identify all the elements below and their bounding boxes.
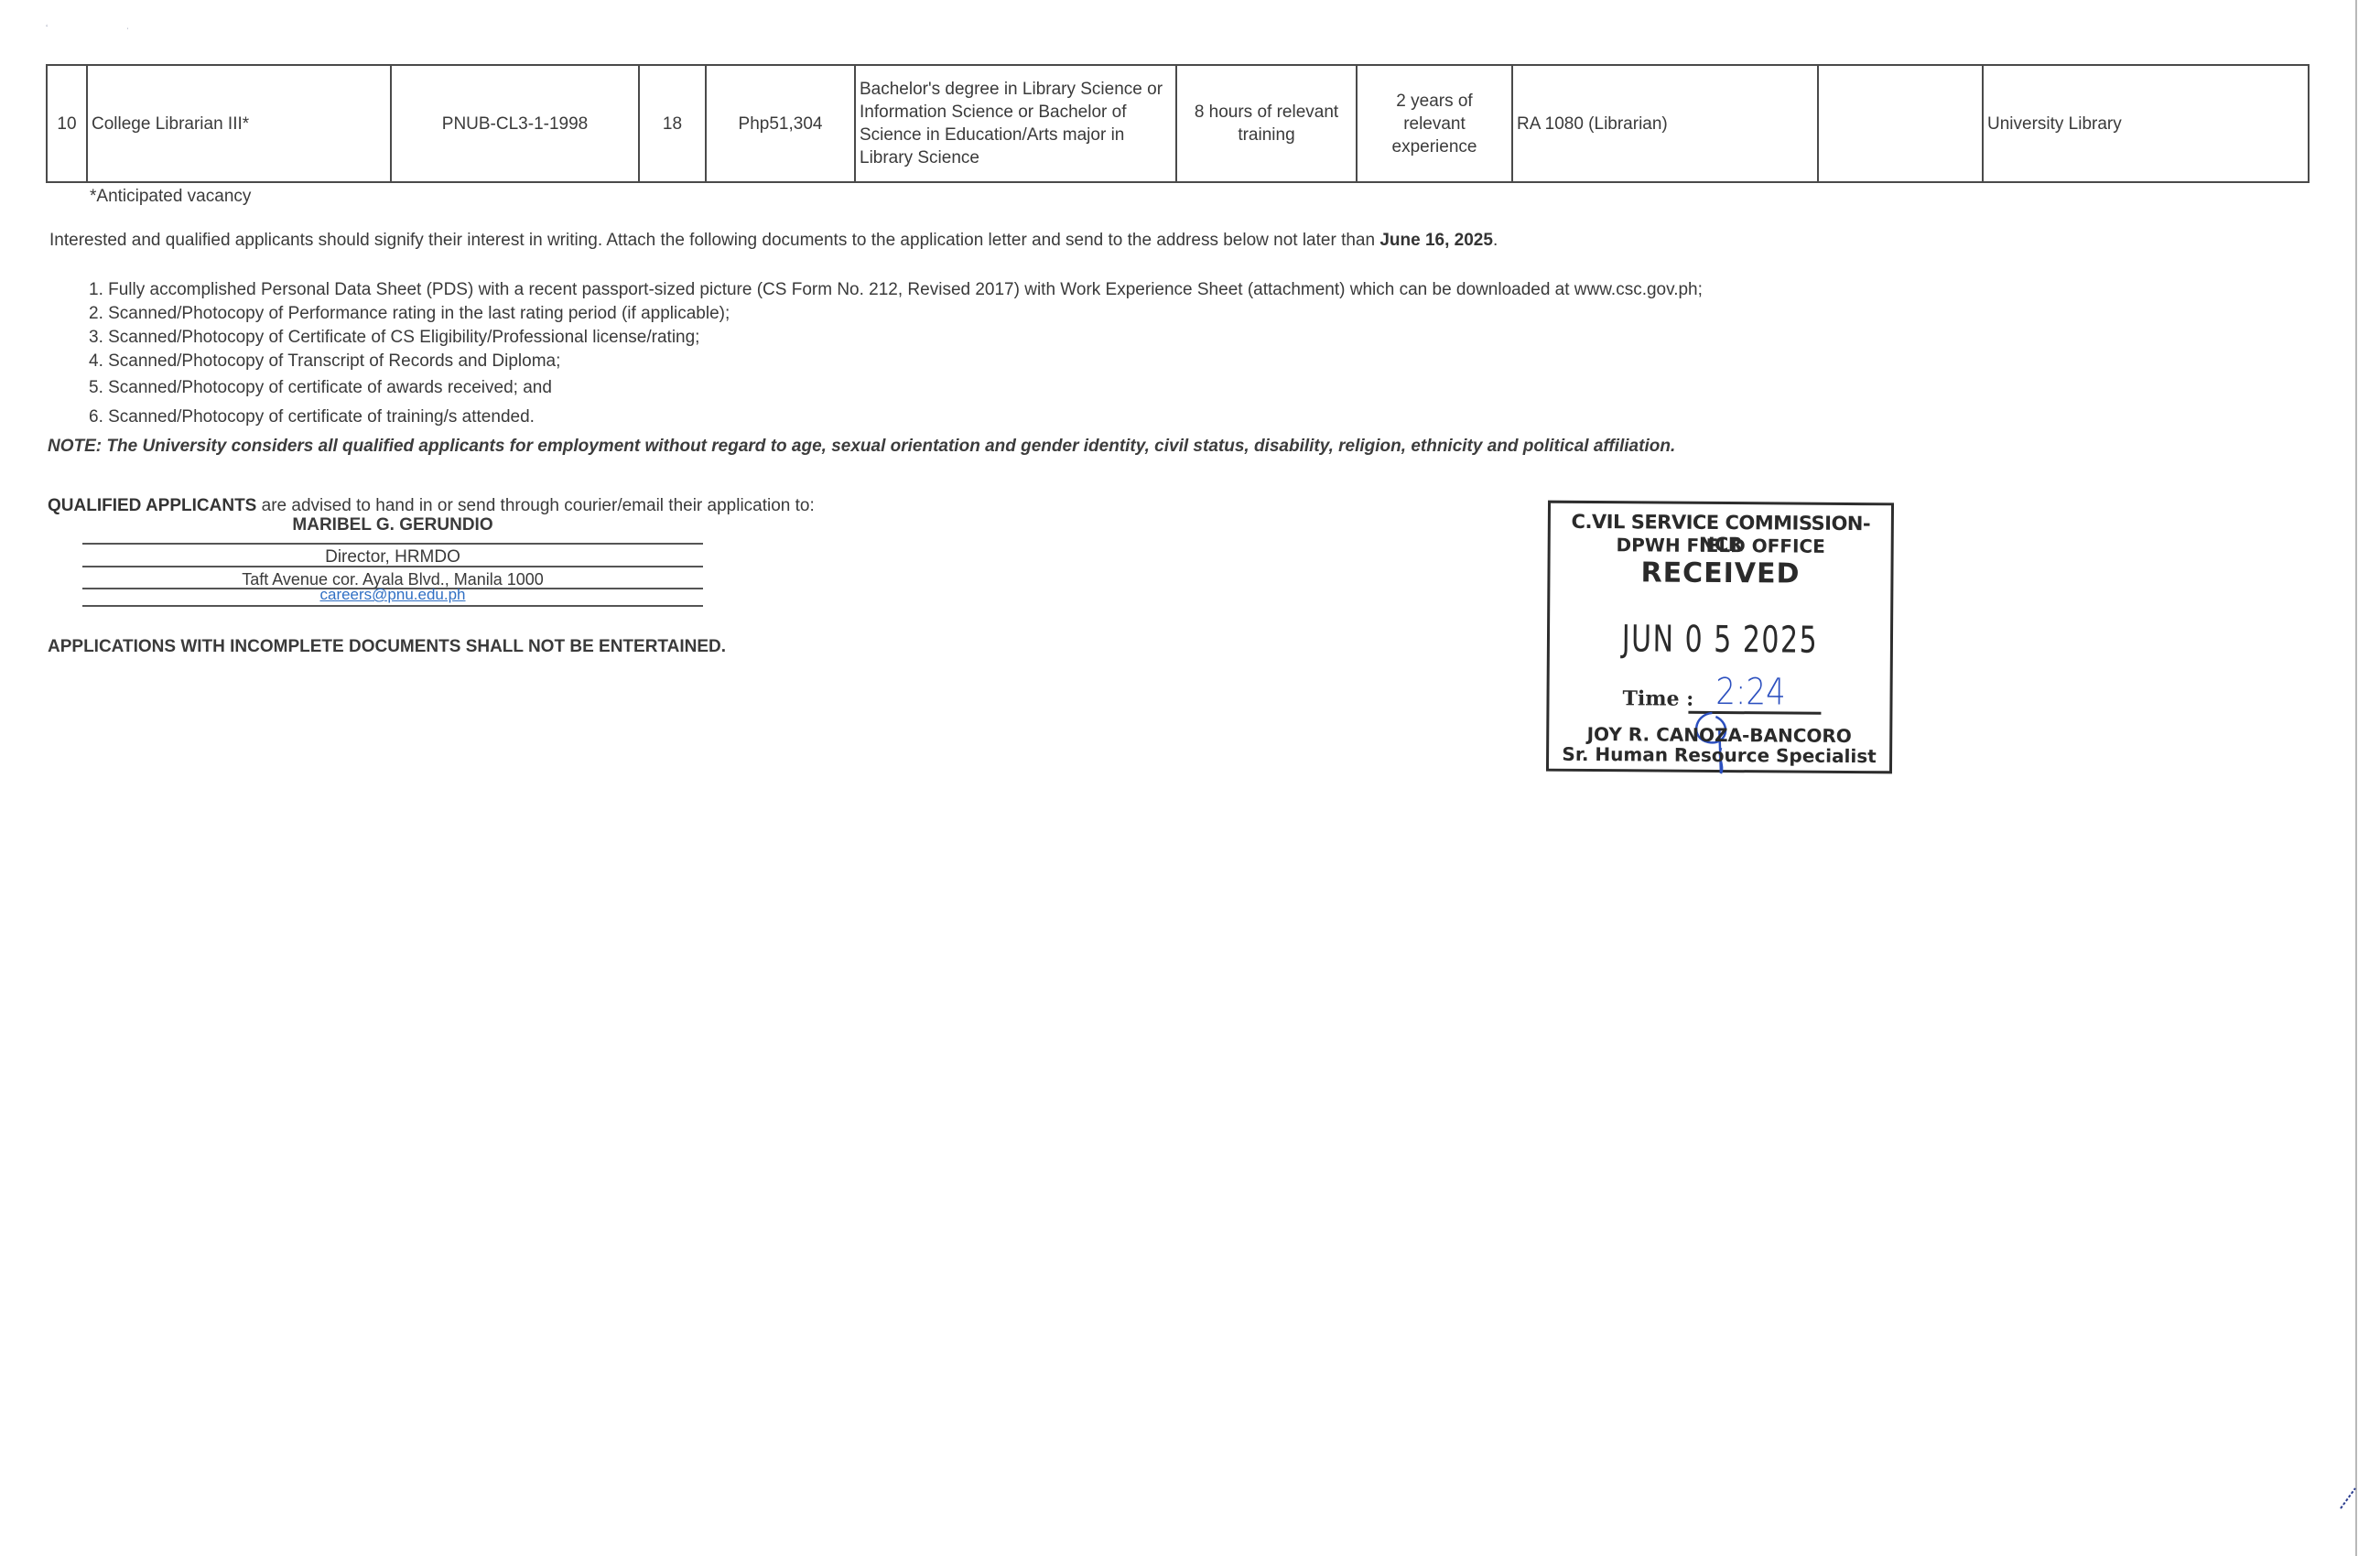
stamp-received: RECEIVED (1550, 556, 1890, 591)
intro-paragraph: Interested and qualified applicants shou… (49, 231, 1498, 251)
qualified-text: are advised to hand in or send through c… (256, 496, 814, 515)
cell-eligibility: RA 1080 (Librarian) (1512, 65, 1818, 182)
divider (82, 605, 703, 607)
cell-plantilla-item: PNUB-CL3-1-1998 (391, 65, 639, 182)
list-item: 5. Scanned/Photocopy of certificate of a… (89, 376, 1703, 400)
cell-education: Bachelor's degree in Library Science or … (855, 65, 1176, 182)
cell-competency (1818, 65, 1983, 182)
stamp-time-label: Time : (1622, 686, 1693, 711)
page-edge (2355, 0, 2357, 1556)
incomplete-documents-warning: APPLICATIONS WITH INCOMPLETE DOCUMENTS S… (48, 637, 726, 657)
deadline: June 16, 2025 (1379, 231, 1493, 250)
pen-mark-icon (2339, 1485, 2359, 1512)
contact-name: MARIBEL G. GERUNDIO (82, 515, 703, 535)
requirements-list: 1. Fully accomplished Personal Data Shee… (89, 278, 1703, 429)
list-item: 2. Scanned/Photocopy of Performance rati… (89, 302, 1703, 326)
stamp-officer-position: Sr. Human Resource Specialist (1549, 743, 1889, 768)
cell-place-of-assignment: University Library (1983, 65, 2309, 182)
qualified-applicants-paragraph: QUALIFIED APPLICANTS are advised to hand… (48, 496, 815, 516)
vacancy-table: 10 College Librarian III* PNUB-CL3-1-199… (46, 64, 2310, 183)
cell-monthly-salary: Php51,304 (706, 65, 855, 182)
equal-opportunity-note: NOTE: The University considers all quali… (48, 437, 1675, 457)
cell-salary-grade: 18 (639, 65, 706, 182)
contact-title: Director, HRMDO (82, 547, 703, 567)
list-item: 4. Scanned/Photocopy of Transcript of Re… (89, 350, 1703, 373)
stamp-office: DPWH FIELD OFFICE (1551, 534, 1891, 558)
divider (82, 566, 703, 567)
cell-number: 10 (47, 65, 87, 182)
contact-email-link[interactable]: careers@pnu.edu.ph (82, 586, 703, 604)
list-item: 6. Scanned/Photocopy of certificate of t… (89, 405, 1703, 429)
footnote: *Anticipated vacancy (90, 187, 251, 207)
table-row: 10 College Librarian III* PNUB-CL3-1-199… (47, 65, 2309, 182)
stamp-date: JUN 0 5 2025 (1592, 618, 1847, 662)
list-item: 3. Scanned/Photocopy of Certificate of C… (89, 326, 1703, 350)
scan-artifact: ʻ (46, 24, 48, 34)
divider (82, 543, 703, 545)
cell-training: 8 hours of relevant training (1176, 65, 1357, 182)
cell-position-title: College Librarian III* (87, 65, 391, 182)
list-item: 1. Fully accomplished Personal Data Shee… (89, 278, 1703, 302)
intro-end: . (1493, 231, 1498, 250)
cell-experience: 2 years of relevant experience (1357, 65, 1512, 182)
intro-text: Interested and qualified applicants shou… (49, 231, 1379, 250)
received-stamp: C.VIL SERVICE COMMISSION-NCR DPWH FIELD … (1546, 501, 1894, 774)
qualified-lead: QUALIFIED APPLICANTS (48, 496, 256, 515)
scan-artifact: ˈ (126, 27, 129, 38)
